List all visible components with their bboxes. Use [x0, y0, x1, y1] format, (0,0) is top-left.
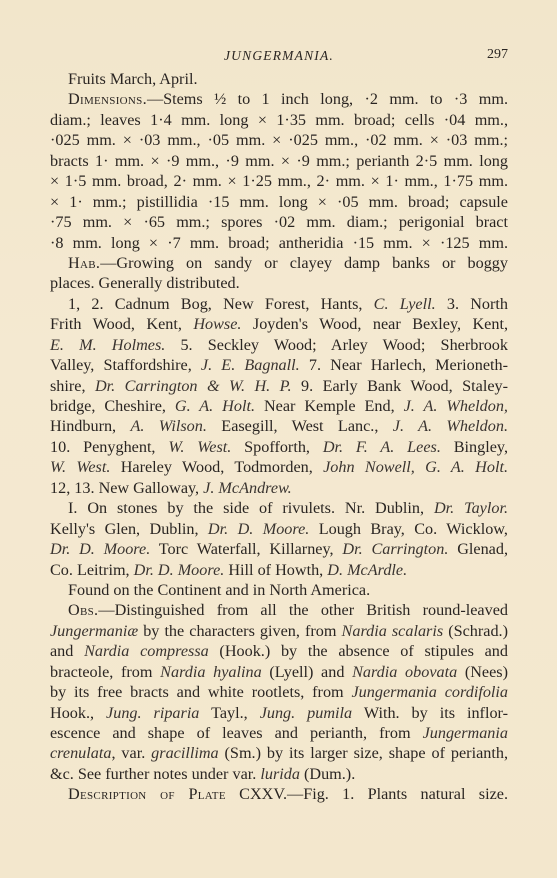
book-page: JUNGERMANIA. 297 Fruits March, April.Dim… — [0, 0, 557, 878]
italic-text: Jungermania cordifolia — [351, 683, 508, 701]
italic-text: Dr. Taylor. — [434, 499, 508, 517]
text-segment: (Schrad.) — [443, 622, 508, 640]
text-line: escence and shape of leaves and perianth… — [50, 723, 508, 743]
italic-text: Jung. pumila — [260, 704, 352, 722]
text-line: 12, 13. New Galloway, J. McAndrew. — [50, 478, 508, 498]
text-line: Hook., Jung. riparia Tayl., Jung. pumila… — [50, 703, 508, 723]
page-header: JUNGERMANIA. 297 — [50, 44, 508, 66]
text-segment: Frith Wood, Kent, — [50, 315, 193, 333]
text-line: shire, Dr. Carrington & W. H. P. 9. Earl… — [50, 376, 508, 396]
text-segment: (Nees) — [457, 663, 508, 681]
text-segment: shire, — [50, 377, 95, 395]
text-segment: Bingley, — [441, 438, 508, 456]
italic-text: Jungermaniæ — [50, 622, 138, 640]
text-segment: Hill of Howth, — [224, 561, 327, 579]
text-line: by its free bracts and white rootlets, f… — [50, 682, 508, 702]
italic-text: G. A. Holt. — [175, 397, 255, 415]
italic-text: A. Wilson. — [130, 417, 206, 435]
text-line: Description of Plate CXXV.—Fig. 1. Plant… — [50, 784, 508, 804]
text-line: ·8 mm. long × ·7 mm. broad; antheridia ·… — [50, 233, 508, 253]
text-segment: Tayl., — [199, 704, 259, 722]
text-line: Dimensions.—Stems ½ to 1 inch long, ·2 m… — [50, 89, 508, 109]
italic-text: Dr. D. Moore. — [208, 520, 309, 538]
text-segment: escence and shape of leaves and perianth… — [50, 724, 423, 742]
text-segment: Fruits March, April. — [68, 70, 198, 88]
text-segment: and — [50, 642, 84, 660]
running-title: JUNGERMANIA. — [50, 48, 508, 64]
text-line: × 1·5 mm. broad, 2· mm. × 1·25 mm., 2· m… — [50, 171, 508, 191]
text-line: diam.; leaves 1·4 mm. long × 1·35 mm. br… — [50, 110, 508, 130]
text-segment: Joyden's Wood, near Bexley, Kent, — [241, 315, 508, 333]
italic-text: Howse. — [193, 315, 241, 333]
text-segment: CXXV.—Fig. 1. Plants natural size. — [226, 785, 508, 803]
text-line: Frith Wood, Kent, Howse. Joyden's Wood, … — [50, 314, 508, 334]
text-segment: —Growing on sandy or clayey damp banks o… — [100, 254, 508, 272]
text-line: Found on the Continent and in North Amer… — [50, 580, 508, 600]
text-line: crenulata, var. gracillima (Sm.) by its … — [50, 743, 508, 763]
italic-text: J. E. Bagnall. — [201, 356, 300, 374]
text-line: Co. Leitrim, Dr. D. Moore. Hill of Howth… — [50, 560, 508, 580]
text-segment: Kelly's Glen, Dublin, — [50, 520, 208, 538]
text-segment: Torc Waterfall, Killarney, — [150, 540, 342, 558]
page-body-text: Fruits March, April.Dimensions.—Stems ½ … — [50, 69, 508, 805]
text-segment: 12, 13. New Galloway, — [50, 479, 203, 497]
text-segment: Hook., — [50, 704, 106, 722]
text-segment: —Distinguished from all the other Britis… — [98, 601, 508, 619]
italic-text: W. West. — [168, 438, 231, 456]
italic-text: Jungermania — [423, 724, 508, 742]
text-segment: by its free bracts and white rootlets, f… — [50, 683, 351, 701]
italic-text: J. A. Wheldon, — [404, 397, 508, 415]
text-line: 1, 2. Cadnum Bog, New Forest, Hants, C. … — [50, 294, 508, 314]
italic-text: E. M. Holmes. — [50, 336, 165, 354]
text-segment: Hareley Wood, Todmorden, — [110, 458, 323, 476]
text-segment: Valley, Staffordshire, — [50, 356, 201, 374]
text-line: &c. See further notes under var. lurida … — [50, 764, 508, 784]
section-label: Obs. — [68, 601, 98, 619]
italic-text: John Nowell, G. A. Holt. — [323, 458, 508, 476]
text-segment: 3. North — [436, 295, 508, 313]
text-segment: Found on the Continent and in North Amer… — [68, 581, 370, 599]
italic-text: C. Lyell. — [374, 295, 436, 313]
section-label: Description of Plate — [68, 785, 226, 803]
italic-text: Dr. Carrington. — [342, 540, 448, 558]
text-segment: bracteole, from — [50, 663, 160, 681]
italic-text: Dr. D. Moore. — [50, 540, 150, 558]
text-line: bracts 1· mm. × ·9 mm., ·9 mm. × ·9 mm.;… — [50, 151, 508, 171]
text-segment: , var. — [111, 744, 151, 762]
text-segment: bridge, Cheshire, — [50, 397, 175, 415]
text-line: ·025 mm. × ·03 mm., ·05 mm. × ·025 mm., … — [50, 130, 508, 150]
text-line: I. On stones by the side of rivulets. Nr… — [50, 498, 508, 518]
italic-text: Nardia obovata — [352, 663, 457, 681]
italic-text: lurida — [260, 765, 300, 783]
section-label: Dimensions. — [68, 90, 147, 108]
text-segment: (Hook.) by the absence of stipules and — [209, 642, 508, 660]
text-line: E. M. Holmes. 5. Seckley Wood; Arley Woo… — [50, 335, 508, 355]
text-line: Jungermaniæ by the characters given, fro… — [50, 621, 508, 641]
text-segment: Glenad, — [448, 540, 508, 558]
text-segment: Easegill, West Lanc., — [207, 417, 393, 435]
text-segment: Spofforth, — [231, 438, 323, 456]
text-segment: × 1·5 mm. broad, 2· mm. × 1·25 mm., 2· m… — [50, 172, 508, 190]
text-segment: Lough Bray, Co. Wicklow, — [309, 520, 508, 538]
text-segment: 10. Penyghent, — [50, 438, 168, 456]
italic-text: J. A. Wheldon. — [393, 417, 508, 435]
text-segment: diam.; leaves 1·4 mm. long × 1·35 mm. br… — [50, 111, 508, 129]
text-line: bridge, Cheshire, G. A. Holt. Near Kempl… — [50, 396, 508, 416]
italic-text: W. West. — [50, 458, 110, 476]
italic-text: J. McAndrew. — [203, 479, 292, 497]
text-segment: &c. See further notes under var. — [50, 765, 260, 783]
text-segment: ·8 mm. long × ·7 mm. broad; antheridia ·… — [50, 234, 508, 252]
text-line: Hab.—Growing on sandy or clayey damp ban… — [50, 253, 508, 273]
text-line: Fruits March, April. — [50, 69, 508, 89]
text-segment: (Dum.). — [300, 765, 355, 783]
text-line: Valley, Staffordshire, J. E. Bagnall. 7.… — [50, 355, 508, 375]
text-segment: 7. Near Harlech, Merioneth- — [300, 356, 508, 374]
text-line: 10. Penyghent, W. West. Spofforth, Dr. F… — [50, 437, 508, 457]
page-number: 297 — [487, 47, 508, 63]
text-line: Kelly's Glen, Dublin, Dr. D. Moore. Loug… — [50, 519, 508, 539]
text-line: places. Generally distributed. — [50, 273, 508, 293]
text-segment: 5. Seckley Wood; Arley Wood; Sherbrook — [165, 336, 508, 354]
italic-text: Dr. D. Moore. — [134, 561, 225, 579]
text-segment: places. Generally distributed. — [50, 274, 240, 292]
text-segment: ·75 mm. × ·65 mm.; spores ·02 mm. diam.;… — [50, 213, 508, 231]
text-segment: (Sm.) by its larger size, shape of peria… — [219, 744, 508, 762]
italic-text: Dr. F. A. Lees. — [323, 438, 441, 456]
italic-text: Nardia hyalina — [160, 663, 262, 681]
text-segment: ·025 mm. × ·03 mm., ·05 mm. × ·025 mm., … — [50, 131, 508, 149]
text-line: and Nardia compressa (Hook.) by the abse… — [50, 641, 508, 661]
italic-text: D. McArdle. — [327, 561, 407, 579]
text-segment: bracts 1· mm. × ·9 mm., ·9 mm. × ·9 mm.;… — [50, 152, 508, 170]
italic-text: Nardia scalaris — [342, 622, 444, 640]
text-segment: With. by its inflor- — [352, 704, 508, 722]
italic-text: Nardia compressa — [84, 642, 209, 660]
text-line: ·75 mm. × ·65 mm.; spores ·02 mm. diam.;… — [50, 212, 508, 232]
italic-text: Dr. Carrington & W. H. P. — [95, 377, 292, 395]
italic-text: crenulata — [50, 744, 111, 762]
text-segment: —Stems ½ to 1 inch long, ·2 mm. to ·3 mm… — [147, 90, 508, 108]
text-line: W. West. Hareley Wood, Todmorden, John N… — [50, 457, 508, 477]
text-segment: (Lyell) and — [262, 663, 352, 681]
italic-text: gracillima — [151, 744, 218, 762]
text-line: × 1· mm.; pistillidia ·15 mm. long × ·05… — [50, 192, 508, 212]
text-segment: 1, 2. Cadnum Bog, New Forest, Hants, — [68, 295, 374, 313]
text-segment: Co. Leitrim, — [50, 561, 134, 579]
text-segment: by the characters given, from — [138, 622, 341, 640]
section-label: Hab. — [68, 254, 100, 272]
text-line: bracteole, from Nardia hyalina (Lyell) a… — [50, 662, 508, 682]
text-segment: Hindburn, — [50, 417, 130, 435]
text-segment: 9. Early Bank Wood, Staley- — [292, 377, 508, 395]
italic-text: Jung. riparia — [106, 704, 199, 722]
text-line: Obs.—Distinguished from all the other Br… — [50, 600, 508, 620]
text-segment: × 1· mm.; pistillidia ·15 mm. long × ·05… — [50, 193, 508, 211]
text-line: Hindburn, A. Wilson. Easegill, West Lanc… — [50, 416, 508, 436]
text-segment: I. On stones by the side of rivulets. Nr… — [68, 499, 434, 517]
text-line: Dr. D. Moore. Torc Waterfall, Killarney,… — [50, 539, 508, 559]
text-segment: Near Kemple End, — [255, 397, 404, 415]
